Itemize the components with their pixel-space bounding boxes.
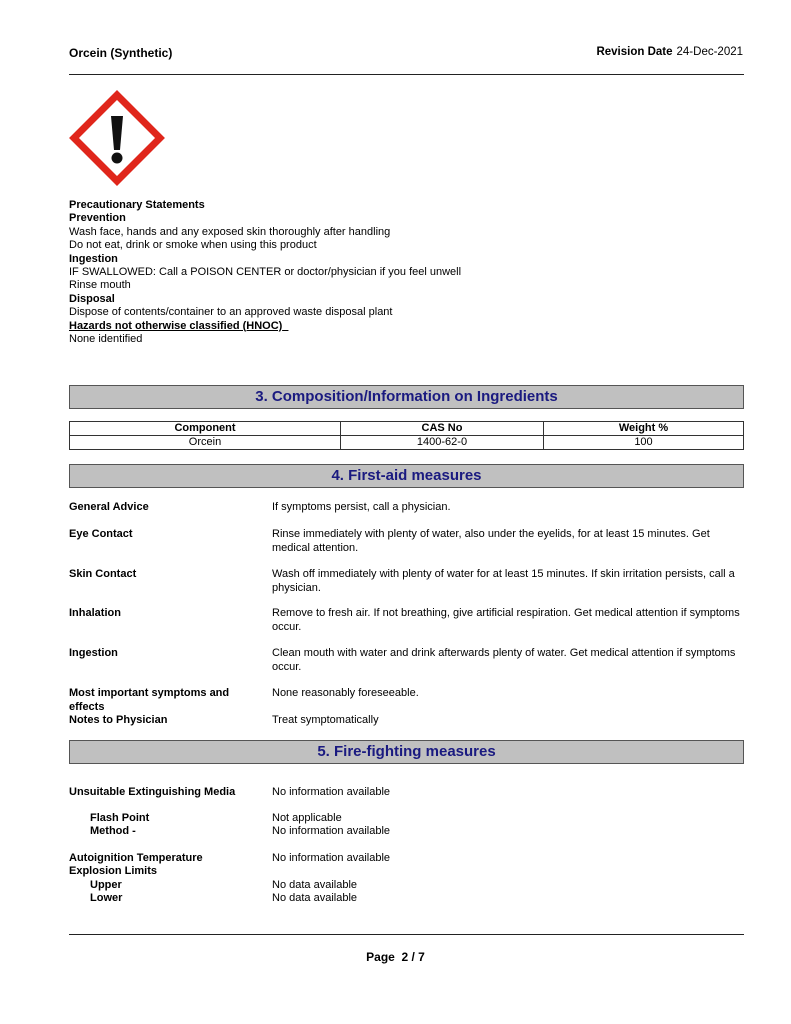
flash-point-value: Not applicable [272,812,742,826]
revision-date: Revision Date24-Dec-2021 [596,46,743,58]
column-header: Weight % [544,422,744,436]
prevention-line: Do not eat, drink or smoke when using th… [69,239,461,252]
first-aid-label: Notes to Physician [69,714,254,728]
page-value: 2 / 7 [402,950,425,964]
first-aid-value: If symptoms persist, call a physician. [272,501,742,515]
prevention-title: Prevention [69,212,461,225]
first-aid-label: Most important symptoms and effects [69,687,249,714]
first-aid-label: General Advice [69,501,254,515]
section-4-header: 4. First-aid measures [69,464,744,488]
method-label: Method - [90,825,275,839]
section-5-header: 5. Fire-fighting measures [69,740,744,764]
first-aid-label: Eye Contact [69,528,254,542]
composition-table: Component CAS No Weight % Orcein 1400-62… [69,421,744,450]
exclamation-mark-icon [69,90,165,186]
explosion-limits-label: Explosion Limits [69,865,254,879]
lower-value: No data available [272,892,742,906]
table-header-row: Component CAS No Weight % [70,422,744,436]
revision-date-value: 24-Dec-2021 [677,46,743,58]
first-aid-value: Treat symptomatically [272,714,742,728]
first-aid-value: Clean mouth with water and drink afterwa… [272,647,742,674]
unsuitable-media-value: No information available [272,786,742,800]
footer-divider [69,934,744,935]
upper-value: No data available [272,879,742,893]
first-aid-label: Skin Contact [69,568,254,582]
unsuitable-media-label: Unsuitable Extinguishing Media [69,786,254,800]
page-number: Page 2 / 7 [0,950,791,964]
revision-label: Revision Date [596,46,672,58]
flash-point-label: Flash Point [90,812,275,826]
section-3-header: 3. Composition/Information on Ingredient… [69,385,744,409]
hnoc-value: None identified [69,333,461,346]
first-aid-value: Wash off immediately with plenty of wate… [272,568,742,595]
table-row: Orcein 1400-62-0 100 [70,436,744,450]
ingestion-line: Rinse mouth [69,279,461,292]
precautionary-title: Precautionary Statements [69,199,461,212]
first-aid-value: Remove to fresh air. If not breathing, g… [272,607,742,634]
disposal-title: Disposal [69,293,461,306]
ingestion-title: Ingestion [69,253,461,266]
upper-label: Upper [90,879,275,893]
table-cell: 100 [544,436,744,450]
table-cell: 1400-62-0 [341,436,544,450]
disposal-line: Dispose of contents/container to an appr… [69,306,461,319]
first-aid-value: None reasonably foreseeable. [272,687,742,701]
first-aid-label: Inhalation [69,607,254,621]
lower-label: Lower [90,892,275,906]
header-divider [69,74,744,75]
first-aid-value: Rinse immediately with plenty of water, … [272,528,742,555]
column-header: CAS No [341,422,544,436]
method-value: No information available [272,825,742,839]
first-aid-label: Ingestion [69,647,254,661]
ingestion-line: IF SWALLOWED: Call a POISON CENTER or do… [69,266,461,279]
hnoc-title: Hazards not otherwise classified (HNOC) [69,320,282,332]
product-name: Orcein (Synthetic) [69,46,172,60]
prevention-line: Wash face, hands and any exposed skin th… [69,226,461,239]
page-label: Page [366,950,395,964]
precautionary-statements: Precautionary Statements Prevention Wash… [69,199,461,346]
autoignition-value: No information available [272,852,742,866]
autoignition-label: Autoignition Temperature [69,852,254,866]
table-cell: Orcein [70,436,341,450]
column-header: Component [70,422,341,436]
